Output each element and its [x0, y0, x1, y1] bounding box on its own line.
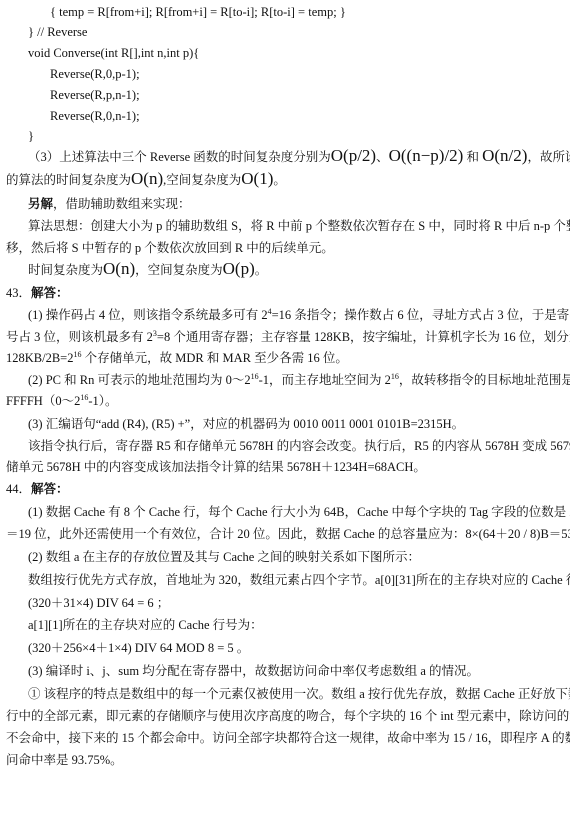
q44-heading: 44．解答： [6, 481, 566, 497]
text: -1）。 [88, 394, 117, 408]
text: （3）上述算法中三个 Reverse 函数的时间复杂度分别为 [28, 150, 331, 164]
bold-label: 解答： [31, 482, 69, 496]
q44-p2-line5: (320＋256×4＋1×4) DIV 64 MOD 8 = 5 。 [28, 640, 566, 656]
code-line-call: Reverse(R,p,n-1); [50, 87, 566, 103]
text: ，故转移指令的目标地址范围是 0000H～ [399, 373, 570, 387]
q44-p1-line1: (1) 数据 Cache 有 8 个 Cache 行，每个 Cache 行大小为… [28, 504, 566, 520]
math-expr: O((n−p)/2) [389, 146, 464, 165]
code-line-swap: { temp = R[from+i]; R[from+i] = R[to-i];… [50, 4, 566, 20]
alt-idea-line2: 移，然后将 S 中暂存的 p 个数依次放回到 R 中的后续单元。 [6, 240, 566, 256]
q43-heading: 43．解答： [6, 285, 566, 301]
question-number: 43． [6, 286, 31, 300]
math-expr: O(n/2) [482, 146, 527, 165]
q43-p3-line3: 储单元 5678H 中的内容变成该加法指令计算的结果 5678H＋1234H=6… [6, 459, 566, 475]
superscript: 16 [251, 372, 259, 381]
math-expr: O(1) [241, 169, 273, 188]
q44-case1-line4: 问命中率是 93.75%。 [6, 752, 566, 768]
math-expr: O(p) [223, 259, 255, 278]
q44-p2-line2: 数组按行优先方式存放，首地址为 320，数组元素占四个字节。a[0][31]所在… [28, 572, 566, 588]
alt-idea-line1: 算法思想：创建大小为 p 的辅助数组 S，将 R 中前 p 个整数依次暂存在 S… [28, 218, 566, 234]
q44-p2-line1: (2) 数组 a 在主存的存放位置及其与 Cache 之间的映射关系如下图所示： [28, 549, 566, 565]
bold-label: 另解 [28, 197, 53, 211]
q43-p2-line2: FFFFH（0～216-1）。 [6, 393, 566, 409]
code-line-call: Reverse(R,0,p-1); [50, 66, 566, 82]
text: 。 [273, 173, 286, 187]
alt-solution-heading: 另解，借助辅助数组来实现： [28, 196, 566, 212]
text: FFFFH（0～2 [6, 394, 80, 408]
q44-p1-line2: ＝19 位，此外还需使用一个有效位，合计 20 位。因此，数据 Cache 的总… [6, 526, 566, 542]
text: 时间复杂度为 [28, 263, 103, 277]
text: 的算法的时间复杂度为 [6, 173, 131, 187]
code-line-end-reverse: } // Reverse [28, 24, 566, 40]
q44-p2-line3: (320＋31×4) DIV 64 = 6 ； [28, 595, 566, 611]
code-line-converse-signature: void Converse(int R[],int n,int p){ [28, 45, 566, 61]
text: 、 [376, 150, 389, 164]
q44-p3-line1: (3) 编译时 i、j、sum 均分配在寄存器中，故数据访问命中率仅考虑数组 a… [28, 663, 566, 679]
text: ，借助辅助数组来实现： [53, 197, 191, 211]
complexity-paragraph-line2: 的算法的时间复杂度为O(n),空间复杂度为O(1)。 [6, 171, 566, 188]
code-line-close: } [28, 128, 566, 144]
text: 个存储单元，故 MDR 和 MAR 至少各需 16 位。 [81, 351, 347, 365]
text: ，故所设计 [527, 150, 570, 164]
q44-p2-line4: a[1][1]所在的主存块对应的 Cache 行号为： [28, 617, 566, 633]
bold-label: 解答： [31, 286, 69, 300]
math-expr: O(n) [131, 169, 163, 188]
text: 号占 3 位，则该机最多有 2 [6, 330, 153, 344]
text: =8 个通用寄存器；主存容量 128KB，按字编址，计算机字长为 16 位，划分… [157, 330, 570, 344]
q44-case1-line2: 行中的全部元素，即元素的存储顺序与使用次序高度的吻合，每个字块的 16 个 in… [6, 708, 566, 724]
text: =16 条指令；操作数占 6 位，寻址方式占 3 位，于是寄存器编 [272, 308, 570, 322]
text: (1) 操作码占 4 位，则该指令系统最多可有 2 [28, 308, 268, 322]
text: ,空间复杂度为 [163, 173, 241, 187]
text: 128KB/2B=2 [6, 351, 73, 365]
q44-case1-line3: 不会命中，接下来的 15 个都会命中。访问全部字块都符合这一规律，故命中率为 1… [6, 730, 566, 746]
text: 和 [463, 150, 482, 164]
text: -1，而主存地址空间为 2 [259, 373, 391, 387]
math-expr: O(n) [103, 259, 135, 278]
text: 。 [255, 263, 268, 277]
question-number: 44． [6, 482, 31, 496]
code-line-call: Reverse(R,0,n-1); [50, 108, 566, 124]
q43-p1-line1: (1) 操作码占 4 位，则该指令系统最多可有 24=16 条指令；操作数占 6… [28, 307, 566, 323]
text: ，空间复杂度为 [135, 263, 223, 277]
superscript: 16 [391, 372, 399, 381]
q43-p1-line3: 128KB/2B=216 个存储单元，故 MDR 和 MAR 至少各需 16 位… [6, 350, 566, 366]
alt-complexity: 时间复杂度为O(n)，空间复杂度为O(p)。 [28, 261, 566, 278]
q43-p1-line2: 号占 3 位，则该机最多有 23=8 个通用寄存器；主存容量 128KB，按字编… [6, 329, 566, 345]
q44-case1-line1: ① 该程序的特点是数组中的每一个元素仅被使用一次。数组 a 按行优先存放，数据 … [28, 686, 566, 702]
complexity-paragraph-line1: （3）上述算法中三个 Reverse 函数的时间复杂度分别为O(p/2)、O((… [28, 148, 566, 165]
q43-p3-line2: 该指令执行后，寄存器 R5 和存储单元 5678H 的内容会改变。执行后，R5 … [28, 438, 566, 454]
q43-p2-line1: (2) PC 和 Rn 可表示的地址范围均为 0～216-1，而主存地址空间为 … [28, 372, 566, 388]
math-expr: O(p/2) [331, 146, 376, 165]
q43-p3-line1: (3) 汇编语句“add (R4), (R5) +”，对应的机器码为 0010 … [28, 416, 566, 432]
text: (2) PC 和 Rn 可表示的地址范围均为 0～2 [28, 373, 251, 387]
